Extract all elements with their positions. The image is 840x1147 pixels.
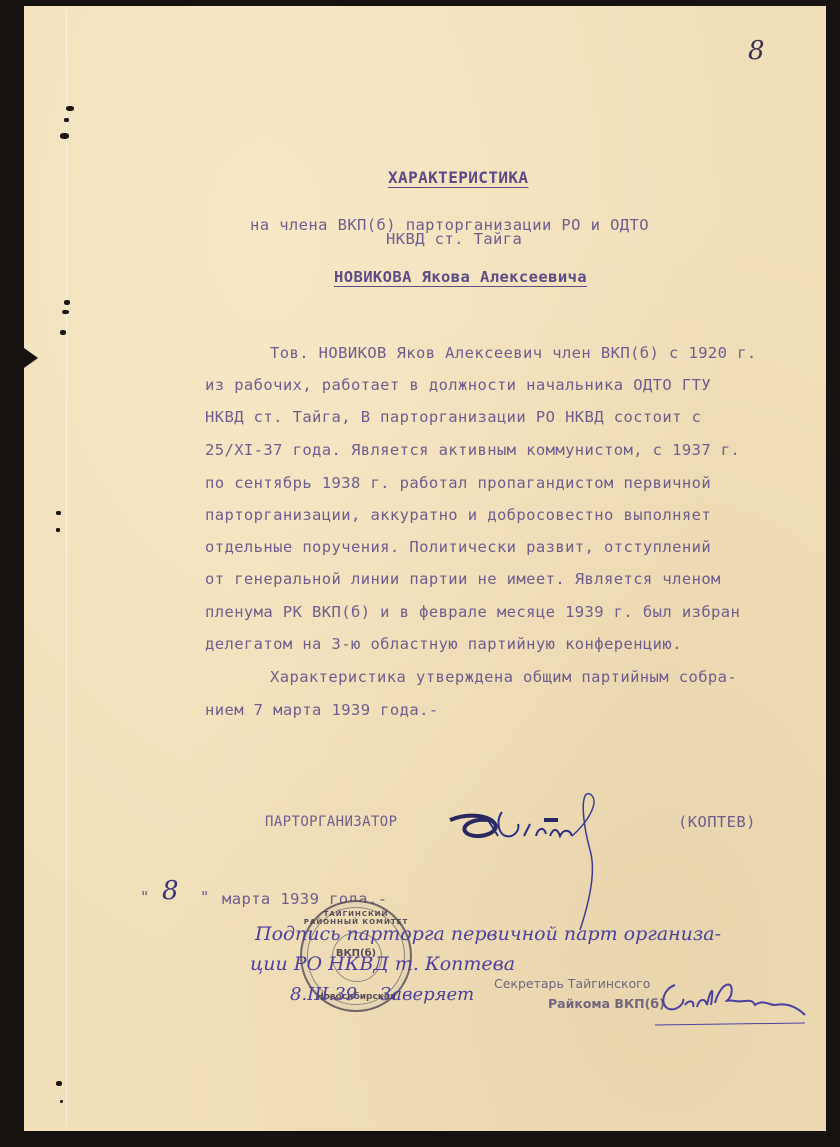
approval-line: нием 7 марта 1939 года.-	[205, 703, 439, 719]
signatory-title: ПАРТОРГАНИЗАТОР	[265, 815, 397, 829]
subject-name: НОВИКОВА Якова Алексеевича	[334, 270, 587, 286]
signature-secretary	[655, 975, 815, 1035]
signature-koptev	[440, 790, 640, 890]
approval-line: Характеристика утверждена общим партийны…	[270, 670, 737, 686]
handwritten-note-line: 8.III.39 Заверяет	[290, 986, 474, 1004]
body-line: делегатом на 3-ю областную партийную кон…	[205, 637, 682, 653]
binding-hole	[62, 310, 69, 314]
subtitle-line-2: НКВД ст. Тайга	[386, 232, 522, 248]
signatory-name: (КОПТЕВ)	[678, 815, 756, 831]
date-close-quote: "	[200, 890, 210, 906]
body-line: отдельные поручения. Политически развит,…	[205, 540, 711, 556]
body-line: парторганизации, аккуратно и добросовест…	[205, 508, 711, 524]
binding-hole	[56, 511, 61, 515]
page-notch	[24, 348, 38, 368]
body-line: 25/XI-37 года. Является активным коммуни…	[205, 443, 740, 459]
body-line: Тов. НОВИКОВ Яков Алексеевич член ВКП(б)…	[270, 346, 757, 362]
binding-hole	[66, 106, 74, 111]
binding-hole	[60, 330, 66, 335]
date-open-quote: "	[140, 890, 150, 906]
body-line: из рабочих, работает в должности начальн…	[205, 378, 711, 394]
body-line: пленума РК ВКП(б) и в феврале месяце 193…	[205, 605, 740, 621]
binding-hole	[64, 300, 70, 305]
date-day-handwritten: 8	[162, 878, 179, 904]
binding-hole	[60, 133, 69, 139]
rubber-stamp-line: Секретарь Тайгинского	[494, 978, 650, 991]
binding-hole	[64, 118, 69, 122]
binding-hole	[56, 1081, 62, 1086]
binding-hole	[60, 1100, 63, 1103]
page-fold-line	[66, 10, 67, 1125]
rubber-stamp-line: Райкома ВКП(б)	[548, 998, 665, 1011]
body-line: от генеральной линии партии не имеет. Яв…	[205, 572, 721, 588]
body-line: по сентябрь 1938 г. работал пропагандист…	[205, 476, 711, 492]
page-number: 8	[748, 36, 765, 66]
binding-hole	[56, 528, 60, 532]
handwritten-note-line: Подпись парторга первичной парт организа…	[255, 925, 721, 944]
handwritten-note-line: ции РО НКВД т. Коптева	[250, 955, 515, 974]
body-line: НКВД ст. Тайга, В парторганизации РО НКВ…	[205, 410, 701, 426]
document-title: ХАРАКТЕРИСТИКА	[388, 170, 528, 186]
